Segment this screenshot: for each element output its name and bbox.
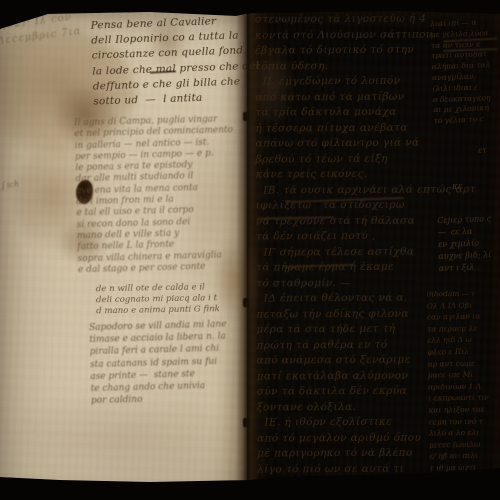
- left-lower-paragraph: Sapodoro se vill andia mi lanetimase e a…: [89, 318, 249, 408]
- stitch-mark: [243, 298, 249, 307]
- left-middle-note: de n will ote de calda e ildeli cognato …: [96, 282, 247, 317]
- right-main-column: στενωμένος τά λιγοστεύω ή 4κοντά στό Λιο…: [255, 11, 457, 477]
- manuscript-paper: ς(52)· Ιλ ϲονΔεϲεμβριϲ 7ια ʃ ich Pensa b…: [0, 0, 500, 500]
- manuscript-photo: ς(52)· Ιλ ϲονΔεϲεμβριϲ 7ια ʃ ich Pensa b…: [0, 0, 500, 500]
- right-margin-note: ετ: [478, 146, 487, 155]
- left-faded-paragraph: Il agns di Campa, puglia vingaret nel pr…: [74, 114, 248, 277]
- stitch-mark: [243, 112, 249, 121]
- stitch-mark: [243, 418, 249, 427]
- right-margin-column-top: λιαί ιπί — αμε γελιλό λύϲατα αν τιϲιν κτ…: [430, 17, 500, 127]
- right-margin-column-bottom: inhodam — ιΟλ Λ ΙΛ Οβιϲαν αγιλαθ ιατα πε…: [426, 287, 500, 474]
- left-header-note: Pensa bene al Cavalierdell Iloponirio co…: [90, 13, 245, 109]
- right-margin-note: κε: [452, 182, 463, 192]
- right-margin-column-middle: Ϲεϳιερ τυπο ς— ϲε λαεν χιμιλίοαυχνε βιδ;…: [437, 213, 500, 275]
